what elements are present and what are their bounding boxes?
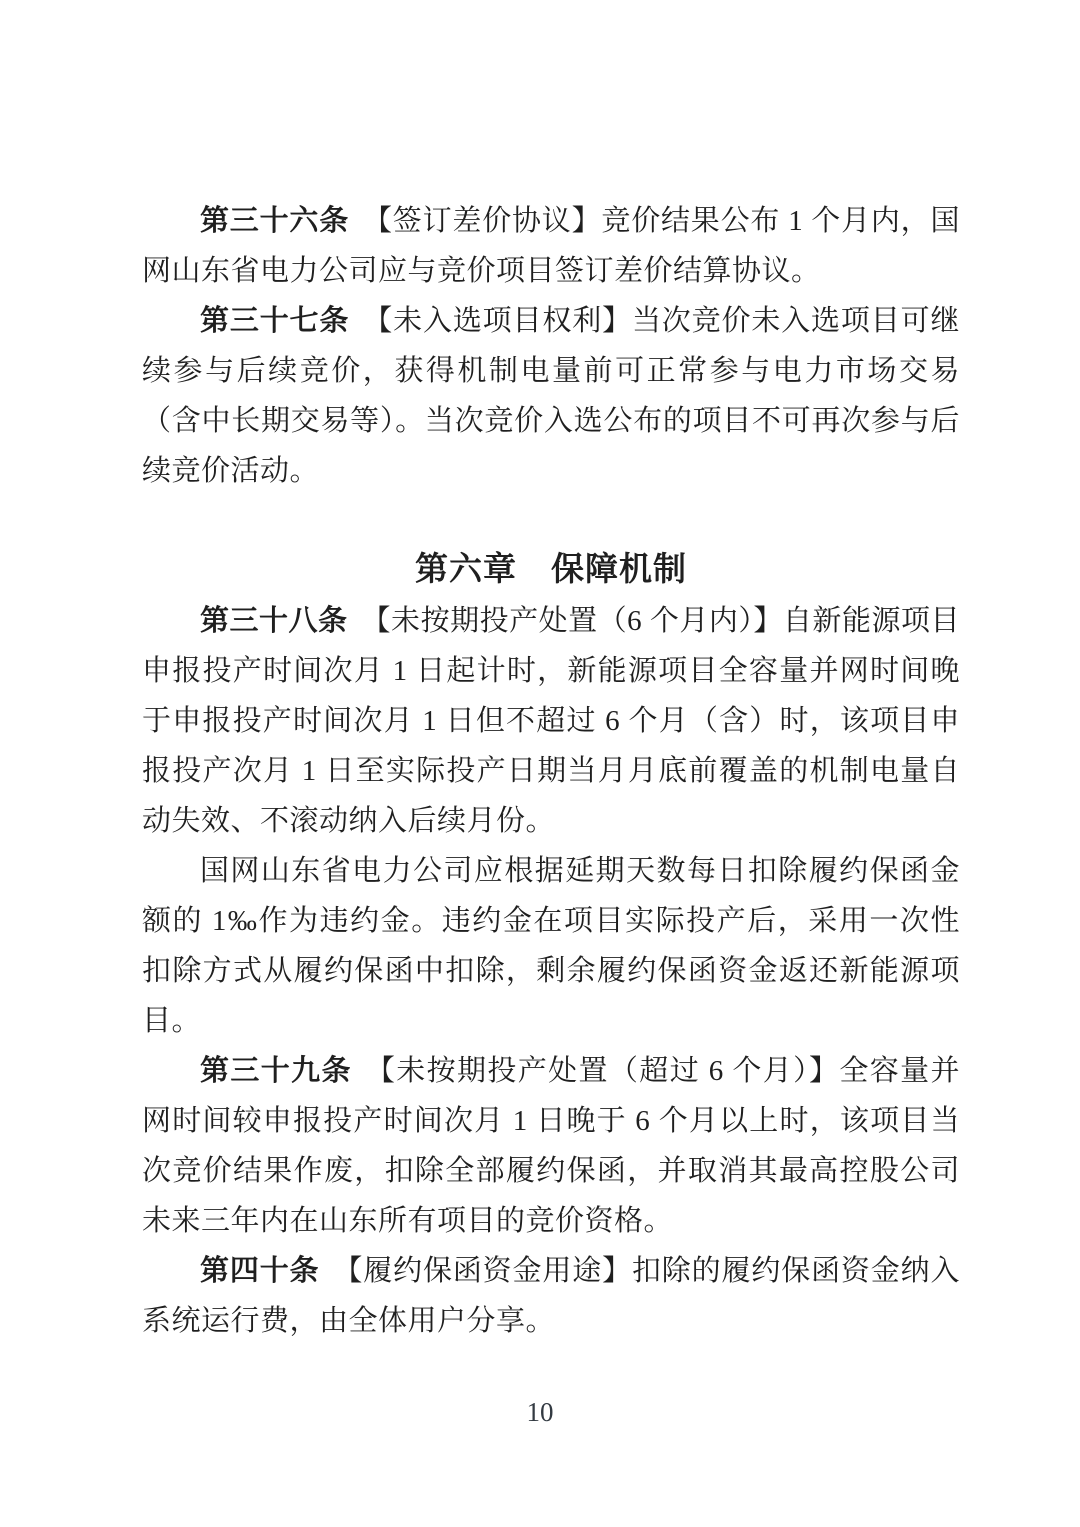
article-39-paragraph: 第三十九条【未按期投产处置（超过 6 个月）】全容量并网时间较申报投产时间次月 …	[142, 1046, 960, 1246]
article-39-number: 第三十九条	[200, 1055, 352, 1087]
article-36-title: 【签订差价协议】	[363, 205, 601, 237]
document-body: 第三十六条【签订差价协议】竞价结果公布 1 个月内，国网山东省电力公司应与竞价项…	[142, 196, 960, 1346]
chapter-heading: 第六章 保障机制	[142, 542, 960, 596]
article-38-text: 自新能源项目申报投产时间次月 1 日起计时，新能源项目全容量并网时间晚于申报投产…	[142, 605, 960, 837]
page-number: 10	[0, 1396, 1080, 1428]
article-37-paragraph: 第三十七条【未入选项目权利】当次竞价未入选项目可继续参与后续竞价，获得机制电量前…	[142, 296, 960, 496]
article-37-title: 【未入选项目权利】	[363, 305, 632, 337]
article-40-number: 第四十条	[200, 1255, 319, 1287]
article-38-text-2: 国网山东省电力公司应根据延期天数每日扣除履约保函金额的 1‰作为违约金。违约金在…	[142, 855, 960, 1037]
article-40-title: 【履约保函资金用途】	[333, 1255, 632, 1287]
document-page: 第三十六条【签订差价协议】竞价结果公布 1 个月内，国网山东省电力公司应与竞价项…	[0, 0, 1080, 1527]
article-38-number: 第三十八条	[200, 605, 348, 637]
article-38-title: 【未按期投产处置（6 个月内）】	[362, 605, 783, 637]
article-36-number: 第三十六条	[200, 205, 349, 237]
article-39-title: 【未按期投产处置（超过 6 个月）】	[366, 1055, 839, 1087]
article-40-paragraph: 第四十条【履约保函资金用途】扣除的履约保函资金纳入系统运行费，由全体用户分享。	[142, 1246, 960, 1346]
article-36-paragraph: 第三十六条【签订差价协议】竞价结果公布 1 个月内，国网山东省电力公司应与竞价项…	[142, 196, 960, 296]
article-38-paragraph-2: 国网山东省电力公司应根据延期天数每日扣除履约保函金额的 1‰作为违约金。违约金在…	[142, 846, 960, 1046]
article-38-paragraph: 第三十八条【未按期投产处置（6 个月内）】自新能源项目申报投产时间次月 1 日起…	[142, 596, 960, 846]
article-37-number: 第三十七条	[200, 305, 349, 337]
